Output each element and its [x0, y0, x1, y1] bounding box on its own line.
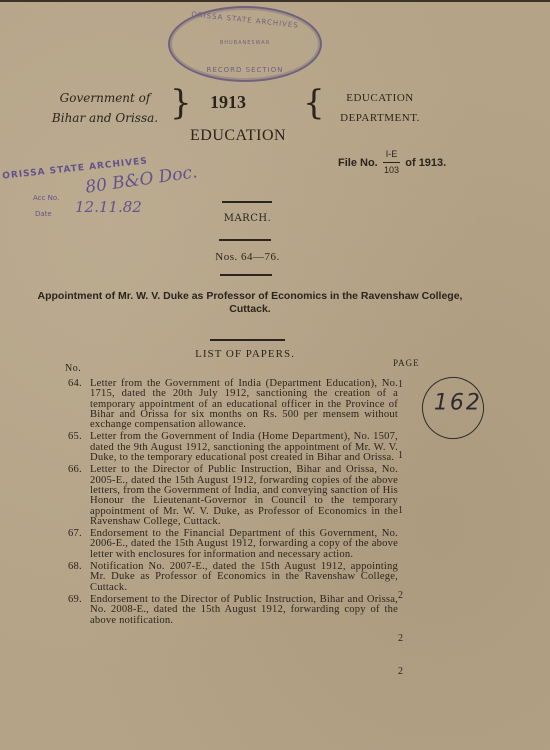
item-text: Notification No. 2007-E., dated the 15th…: [90, 562, 398, 593]
year: 1913: [210, 92, 246, 113]
item-number: 66.: [68, 465, 90, 527]
item-page: 1: [398, 450, 403, 461]
item-number: 65.: [68, 432, 90, 463]
file-no-label: File No.: [338, 157, 378, 169]
stamp-line-1: ORISSA STATE ARCHIVES: [170, 8, 320, 32]
column-header-no: No.: [65, 363, 81, 374]
item-text: Letter from the Government of India (Dep…: [90, 379, 398, 430]
department-heading: EDUCATION DEPARTMENT.: [325, 88, 435, 128]
item-page: 1: [398, 379, 403, 390]
document-page: ORISSA STATE ARCHIVES BHUBANESWAR RECORD…: [0, 0, 550, 750]
item-text: Endorsement to the Director of Public In…: [90, 595, 398, 626]
item-number: 68.: [68, 562, 90, 593]
item-number: 69.: [68, 595, 90, 626]
list-item: 65. Letter from the Government of India …: [68, 432, 398, 463]
left-brace-icon: }: [170, 86, 192, 120]
month: MARCH.: [0, 213, 495, 224]
paper-numbers: Nos. 64—76.: [0, 251, 495, 263]
item-text: Endorsement to the Financial Department …: [90, 529, 398, 560]
government-heading: Government of Bihar and Orissa.: [50, 88, 160, 128]
file-no-numerator: I-E: [383, 149, 401, 163]
item-text: Letter to the Director of Public Instruc…: [90, 465, 398, 527]
item-page: 2: [398, 666, 403, 677]
list-item: 69. Endorsement to the Director of Publi…: [68, 595, 398, 626]
list-item: 66. Letter to the Director of Public Ins…: [68, 465, 398, 527]
column-header-page: PAGE: [393, 358, 420, 368]
file-no-fraction: I-E 103: [383, 149, 401, 176]
stamp-line-3: RECORD SECTION: [170, 66, 320, 74]
divider: [220, 274, 272, 276]
list-item: 68. Notification No. 2007-E., dated the …: [68, 562, 398, 593]
papers-list: 64. Letter from the Government of India …: [68, 379, 398, 628]
government-line-2: Bihar and Orissa.: [50, 108, 160, 128]
right-brace-icon: {: [303, 86, 325, 120]
subject: Appointment of Mr. W. V. Duke as Profess…: [30, 290, 470, 316]
archive-accession-stamp: ORISSA STATE ARCHIVES 80 B&O Doc. Acc No…: [0, 152, 220, 218]
item-text: Letter from the Government of India (Hom…: [90, 432, 398, 463]
department-line-1: EDUCATION: [325, 88, 435, 108]
section-title: EDUCATION: [190, 127, 286, 145]
item-page: 1: [398, 505, 403, 516]
item-page: 2: [398, 633, 403, 644]
file-number: File No. I-E 103 of 1913.: [338, 149, 446, 176]
stamp-line-2: BHUBANESWAR: [170, 40, 320, 46]
archive-oval-stamp: ORISSA STATE ARCHIVES BHUBANESWAR RECORD…: [168, 6, 322, 82]
file-no-suffix: of 1913.: [405, 157, 446, 169]
file-no-denominator: 103: [384, 163, 399, 176]
divider: [210, 339, 285, 341]
acc-no-label: Acc No.: [33, 194, 59, 202]
list-item: 67. Endorsement to the Financial Departm…: [68, 529, 398, 560]
government-line-1: Government of: [50, 88, 160, 108]
item-number: 67.: [68, 529, 90, 560]
department-line-2: DEPARTMENT.: [325, 108, 435, 128]
handwritten-page-mark: 162: [415, 370, 491, 446]
handwritten-page-number: 162: [434, 391, 482, 416]
list-item: 64. Letter from the Government of India …: [68, 379, 398, 430]
item-page: 2: [398, 590, 403, 601]
item-number: 64.: [68, 379, 90, 430]
divider: [219, 239, 271, 241]
divider: [222, 201, 272, 203]
